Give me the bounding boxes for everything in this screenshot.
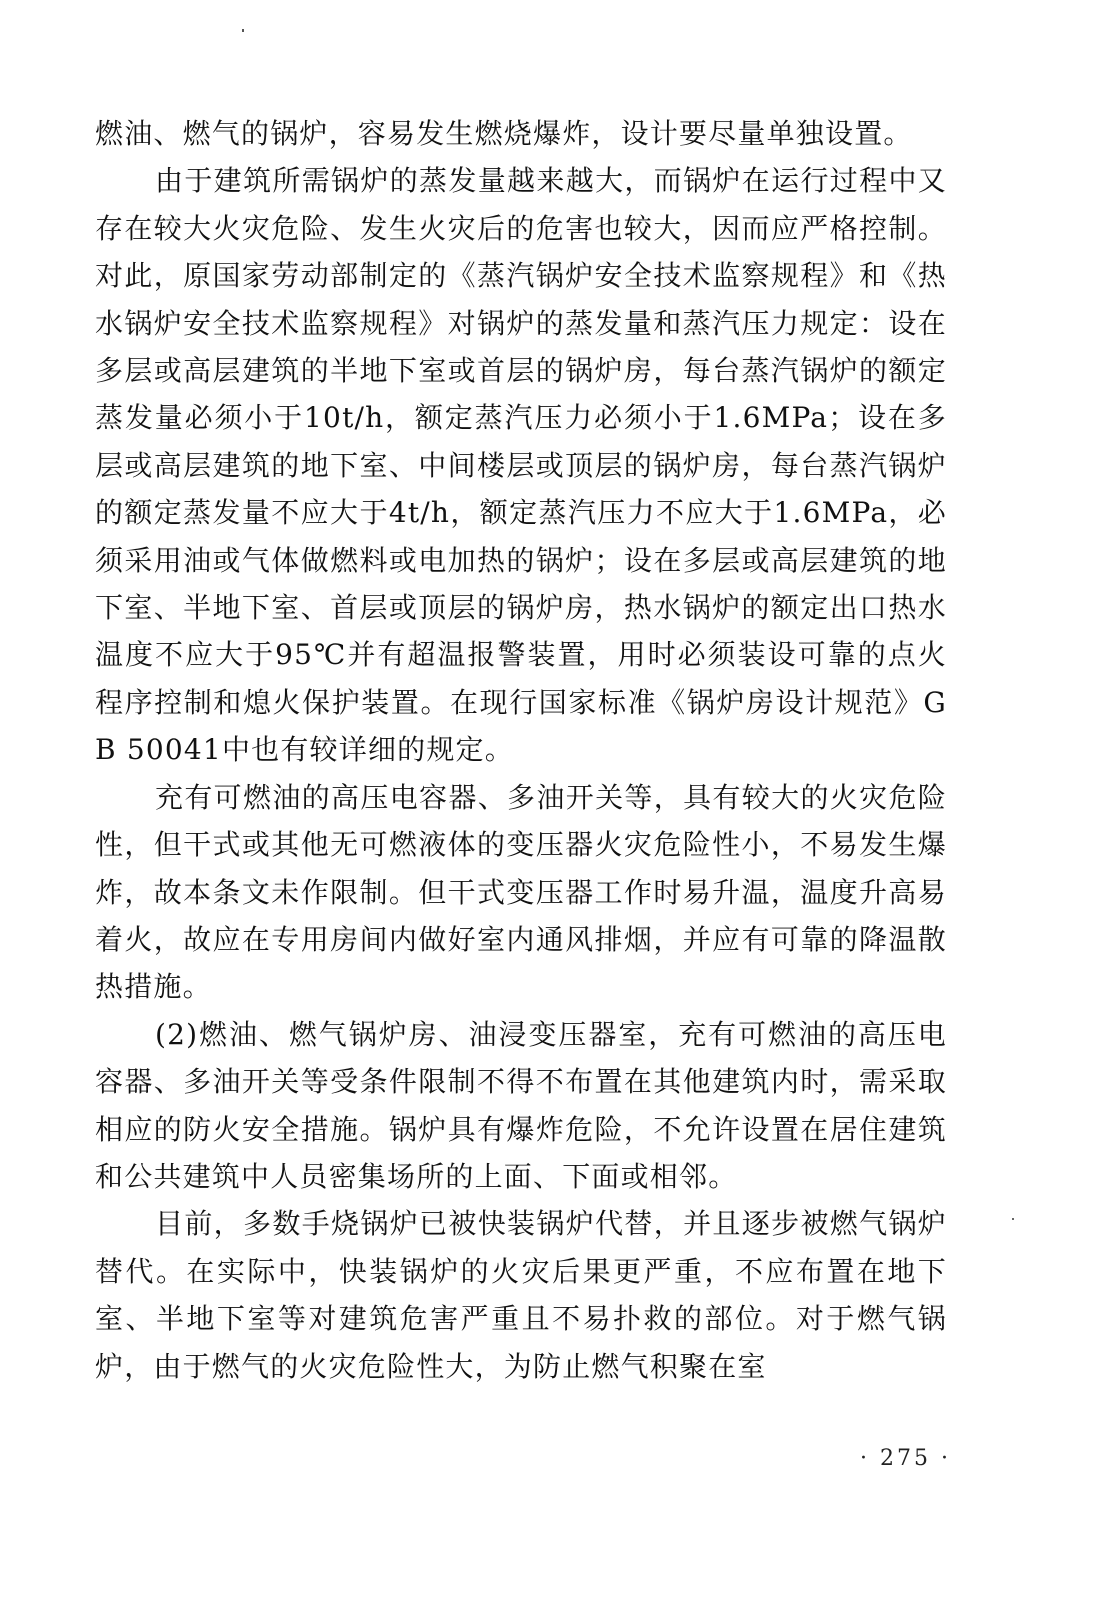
scan-speck [1012, 1218, 1014, 1220]
paragraph-5: 目前，多数手烧锅炉已被快装锅炉代替，并且逐步被燃气锅炉替代。在实际中，快装锅炉的… [95, 1200, 947, 1390]
paragraph-4: (2)燃油、燃气锅炉房、油浸变压器室，充有可燃油的高压电容器、多油开关等受条件限… [95, 1011, 947, 1201]
paragraph-2: 由于建筑所需锅炉的蒸发量越来越大，而锅炉在运行过程中又存在较大火灾危险、发生火灾… [95, 157, 947, 773]
paragraph-3: 充有可燃油的高压电容器、多油开关等，具有较大的火灾危险性，但干式或其他无可燃液体… [95, 774, 947, 1011]
page-number: · 275 · [860, 1446, 951, 1471]
scan-speck [242, 29, 244, 32]
paragraph-1: 燃油、燃气的锅炉，容易发生燃烧爆炸，设计要尽量单独设置。 [95, 110, 947, 157]
page-body: 燃油、燃气的锅炉，容易发生燃烧爆炸，设计要尽量单独设置。 由于建筑所需锅炉的蒸发… [95, 110, 947, 1390]
